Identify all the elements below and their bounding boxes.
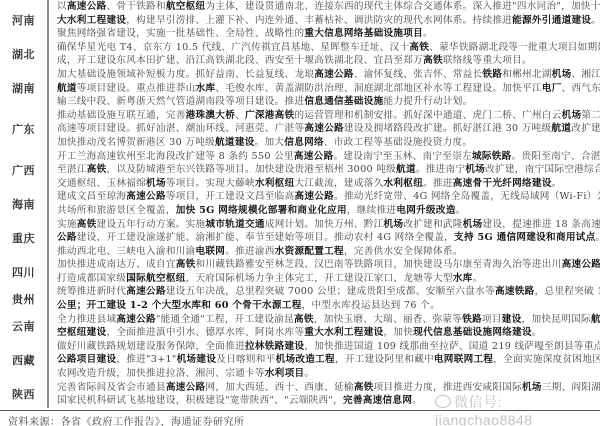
description-line: 成，开工建设东风本田扩建、沿江高铁湖北段、西安至十堰高铁湖北段、宜昌至郑万高铁联… — [57, 54, 600, 68]
text-segment: 。 — [473, 273, 483, 284]
text-segment: 、湘江 — [572, 69, 600, 80]
highlighted-text: 高铁 — [294, 314, 314, 325]
table-row: 湖北确保华星光电 T4、京东方 10.5 代线、广汽传祺宜昌基地、星晖整车迁址、… — [0, 41, 600, 68]
highlighted-text: 建设 — [502, 314, 522, 325]
highlighted-text: 高铁 — [87, 164, 107, 175]
description-line: 至湛江高铁，以及防城港至东兴铁路等项目。加快建设贵港至梧州 3000 吨级航道。… — [57, 163, 600, 177]
text-segment: 等项目建设。重点推进莽山 — [77, 83, 196, 94]
text-segment: 等项目。实现大藤峡 — [166, 178, 255, 189]
description-line: 聚焦网络强省建设，实施一批基础性、全局性、战略性的重大信息网络基础设施项目。 — [57, 27, 600, 41]
highlighted-text: 高速公路 — [562, 259, 600, 270]
text-segment: 、渝怀复线、张吉怀、常益长 — [354, 69, 483, 80]
text-segment: 实施 — [57, 219, 77, 230]
description-line: 农网改造升级，加快推进拉洛、湘河、宗通卡等水利项目。 — [57, 367, 600, 381]
text-segment: 全力推进县域 — [57, 314, 116, 325]
text-segment: 和郴州北湖 — [502, 69, 551, 80]
project-description: 推动基础设施互联互通，完善港珠澳大桥、广深港高铁的运营管理和机制安排。抓好深中通… — [49, 109, 600, 150]
text-segment: 打造成都国家级 — [57, 273, 126, 284]
highlighted-text: 高铁 — [409, 42, 429, 53]
highlighted-text: 高速公路 — [67, 1, 107, 12]
text-segment: 建设五年行动方案。实施 — [97, 219, 206, 230]
text-segment: 。 — [423, 28, 433, 39]
project-description: 开工兰海高速钦州至北海段改扩建等 8 条约 550 公里高速公路。建设南宁至玉林… — [49, 150, 600, 191]
highlighted-text: 水利枢纽 — [384, 178, 424, 189]
text-segment: 加快推动茂名博贺新港区 30 万吨级 — [57, 137, 215, 148]
province-label: 贵州 — [0, 285, 47, 312]
highlighted-text: 水资源配置工程 — [275, 246, 344, 257]
text-segment: 、骨干铁路和 — [106, 1, 165, 12]
text-segment: 。推动光纤宽带、4G 网络全岛覆盖，无线局域网（Wi-Fi）公 — [334, 191, 600, 202]
text-segment: 。贵阳至南宁、合湛 — [512, 151, 600, 162]
highlighted-text: 拉林铁路建设 — [245, 341, 304, 352]
project-description: 全力推进县域高速公路"能通全通"工程，开工建设渝昆高铁，加快玉磨、大瑞、丽香、弥… — [49, 313, 600, 340]
description-line: 输三线中段、新粤浙天然气管道湖南段等项目建设。推进信息通信基础设施能力提升行动计… — [57, 95, 600, 109]
text-segment: 成网计划。加快万州、黔江 — [265, 219, 384, 230]
description-line: 交通枢纽、玉林福绵机场等项目。实现大藤峡水利枢纽大江截流，建成落久水利枢纽。推进… — [57, 177, 600, 191]
province-label: 湖南 — [0, 68, 47, 109]
description-line: 航道等项目建设。重点推进莽山水库、毛俊水库、黄盖湖防洪治理、洞庭湖北部地区补水等… — [57, 82, 600, 96]
highlighted-text: 电厂 — [542, 83, 562, 94]
highlighted-text: 机场改造工程 — [276, 354, 335, 365]
highlighted-text: 公里；开工建设 1-2 个大型水库和 60 个骨干水源工程 — [57, 300, 302, 311]
text-segment: ，中型水库投运县达到 76 个。 — [302, 300, 440, 311]
text-segment: 等项目，开工建设文昌至临高 — [166, 191, 295, 202]
project-description: 确保华星光电 T4、京东方 10.5 代线、广汽传祺宜昌基地、星晖整车迁址、汉十… — [49, 41, 600, 68]
highlighted-text: 城际铁路 — [472, 151, 512, 162]
highlighted-text: 完善高速信息网 — [343, 395, 412, 406]
highlighted-text: 高速公路 — [294, 151, 334, 162]
text-segment: ，总里程突破 1650 — [535, 286, 600, 297]
text-segment: 建设五年决战，总里程突破 7000 公里；建成贵阳至成都、安顺至六盘水等 — [166, 286, 495, 297]
project-description: 以高速公路、骨干铁路和航空枢纽为主体，建设贯通南北、连接东西的现代主体综合交通体… — [49, 0, 600, 41]
text-segment: 农网改造升级，加快推进拉洛、湘河、宗通卡等 — [57, 368, 265, 379]
text-segment: 完善省际间及省会市通县 — [57, 382, 166, 393]
text-segment: 建设及拥堵路段改扩建。抓好湛江港 30 万吨级 — [344, 123, 552, 134]
text-segment: 、蒙华铁路湖北段等一批重大项目如期建 — [429, 42, 600, 53]
highlighted-text: 高速公路 — [126, 191, 166, 202]
highlighted-text: 电联网 — [196, 246, 226, 257]
highlighted-text: 水利枢纽 — [255, 178, 295, 189]
text-segment: 联络线等重大项目。 — [443, 55, 532, 66]
text-segment: 项目推进力度，推进西安咸阳国际 — [374, 382, 522, 393]
highlighted-text: 机场 — [552, 69, 572, 80]
highlighted-text: 铁路 — [482, 69, 502, 80]
province-label: 重庆 — [0, 218, 47, 259]
description-line: 共场所和旅游景区全覆盖，加快 5G 网络规模化部署和商业化应用，继续推进电网升级… — [57, 204, 600, 218]
text-segment: 建设，提速推进 18 条高速 — [483, 219, 600, 230]
project-description: 建成文昌至琼海高速公路等项目，开工建设文昌至临高高速公路。推动光纤宽带、4G 网… — [49, 190, 600, 217]
highlighted-text: 高速公路 — [126, 286, 166, 297]
text-segment: 及日喀则和平 — [216, 354, 275, 365]
highlighted-text: 高速公路 — [116, 314, 156, 325]
text-segment: 、毛俊水库、黄盖湖防洪治理、洞庭湖北部地区补水等工程建设。加快平江 — [215, 83, 542, 94]
text-segment: 。建设南宁至玉林、南宁至崇左 — [333, 151, 472, 162]
province-label: 湖北 — [0, 41, 47, 68]
table-row: 四川加快推进成南达万、成自宜高铁和川藏铁路雅安至林芝段、汉巴南等铁路项目，加快建… — [0, 258, 600, 285]
text-segment: 建设，开工建设渝遂扩能、渝湘扩能、奉节至建始等项目。推动农村 4G 网络全覆盖， — [77, 232, 454, 243]
text-segment: 网，加大西延、西十、西康、延榆 — [205, 382, 353, 393]
description-line: 以高速公路、骨干铁路和航空枢纽为主体，建设贯通南北、连接东西的现代主体综合交通体… — [57, 0, 600, 14]
text-segment: 。 — [412, 395, 422, 406]
description-line: 统筹推进新时代高速公路建设五年决战，总里程突破 7000 公里；建成贵阳至成都、… — [57, 285, 600, 299]
province-infrastructure-table: 河南以高速公路、骨干铁路和航空枢纽为主体，建设贯通南北、连接东西的现代主体综合交… — [0, 0, 600, 408]
text-segment: 推动西北电、三峡电入渝和川渝 — [57, 246, 196, 257]
highlighted-text: 高铁 — [77, 219, 97, 230]
highlighted-text: 高铁 — [423, 55, 443, 66]
highlighted-text: 大水利工程建设 — [57, 15, 126, 26]
province-label: 广西 — [0, 150, 47, 191]
text-segment: 第二 — [581, 110, 600, 121]
source-note: 资料来源：各省《政府工作报告》，海通证券研究所 — [8, 413, 245, 426]
text-segment: 确保华星光电 T4、京东方 10.5 代线、广汽传祺宜昌基地、星晖整车迁址、汉十 — [57, 42, 409, 53]
highlighted-text: 电网升级改造 — [396, 205, 455, 216]
highlighted-text: 支持 5G 通信网建设和商用试点 — [454, 232, 595, 243]
text-segment: 项目 — [482, 314, 502, 325]
highlighted-text: 水利项目 — [265, 368, 305, 379]
highlighted-text: 高速公路 — [304, 123, 344, 134]
text-segment: 国家民机科研试飞基地建设，积极建设"宽带陕西"、"云端陕西"， — [57, 395, 343, 406]
text-segment: 。 — [304, 368, 314, 379]
description-line: 公路建设，开工建设渝遂扩能、渝湘扩能、奉节至建始等项目。推动农村 4G 网络全覆… — [57, 231, 600, 245]
text-segment: 、市政工程等基础设施投资力度。 — [324, 137, 472, 148]
text-segment: 三期、阎阳湖 — [542, 382, 600, 393]
text-segment: ，完善供水安全保障体系。 — [344, 246, 463, 257]
text-segment: 改扩建和武隆 — [403, 219, 462, 230]
text-segment: ，加快玉磨、大瑞、丽香、弥蒙等 — [314, 314, 462, 325]
table-row: 湖南加大基础设施领域补短板力度。抓好益南、长益复线、龙琅高速公路、渝怀复线、张吉… — [0, 68, 600, 109]
text-segment: 统筹推进新时代 — [57, 286, 126, 297]
highlighted-text: 高铁 — [354, 382, 374, 393]
text-segment: 交通枢纽、玉林福绵 — [57, 178, 146, 189]
highlighted-text: 机场 — [146, 178, 166, 189]
description-line: 高速等项目建设。抓好汕湛、潮汕环线、河惠莞、广湛等高速公路建设及拥堵路段改扩建。… — [57, 122, 600, 136]
text-segment: 输三线中段、新粤浙天然气管道湖南段等项目建设。推进 — [57, 96, 304, 107]
text-segment: ，继续推进 — [347, 205, 396, 216]
text-segment: 。推进渝西 — [225, 246, 274, 257]
text-segment: 加快推进成南达万、成自宜 — [57, 259, 176, 270]
highlighted-text: 航道 — [396, 164, 416, 175]
wechat-icon — [435, 395, 451, 408]
description-line: 空枢纽建设，全面推进滇中引水、德厚水库、阿岗水库等重大水利工程建设，加快现代信息… — [57, 326, 600, 340]
description-line: 实施高铁建设五年行动方案。实施城市轨道交通成网计划。加快万州、黔江机场改扩建和武… — [57, 218, 600, 232]
highlighted-text: 加快 5G 网络规模化部署和商业化应用 — [176, 205, 347, 216]
highlighted-text: 高速铁路 — [495, 286, 535, 297]
highlighted-text: 能源外引通道建设 — [512, 15, 591, 26]
highlighted-text: 高速公路 — [314, 69, 354, 80]
description-line: 建成文昌至琼海高速公路等项目，开工建设文昌至临高高速公路。推动光纤宽带、4G 网… — [57, 190, 600, 204]
text-segment: 成，开工建设东风本田扩建、沿江高铁湖北段、西安至十堰高铁湖北段、宜昌至郑万 — [57, 55, 423, 66]
highlighted-text: 机场 — [522, 382, 542, 393]
watermark: 微信号: jiangchao8848 — [435, 392, 600, 426]
text-segment: ，构建旱引涝排、上灌下补、内连外通、丰蓄枯补、调洪防灾的现代水网体系。持续推进 — [126, 15, 512, 26]
highlighted-text: 现代信息基础设施网络建设 — [413, 327, 532, 338]
table-row: 海南建成文昌至琼海高速公路等项目，开工建设文昌至临高高速公路。推动光纤宽带、4G… — [0, 190, 600, 217]
text-segment: ，全面实施深度贫困地区 — [493, 354, 600, 365]
highlighted-text: 电网联网工程 — [434, 354, 493, 365]
description-line: 打造成都国家级国际航空枢纽，天府国际机场力争主体完工，开工建设江家口、龙塘等大型… — [57, 272, 600, 286]
text-segment: 能力提升行动计划。 — [384, 96, 473, 107]
highlighted-text: 高速公路 — [166, 382, 206, 393]
text-segment: 。推进南宁 — [416, 164, 465, 175]
text-segment: ，开工建设阿里和藏中 — [335, 354, 434, 365]
text-segment: 聚焦网络强省建设，实施一批基础性、全局性、战略性的 — [57, 28, 304, 39]
highlighted-text: 航道 — [57, 83, 77, 94]
text-segment: ，以及防城港至东兴铁路等项目。加快建设贵港至梧州 3000 吨级 — [106, 164, 396, 175]
highlighted-text: 机场 — [465, 164, 485, 175]
province-label: 海南 — [0, 190, 47, 217]
text-segment: 大江截流，建成落久 — [294, 178, 383, 189]
text-segment: 推动基础设施互联互通，完善 — [57, 110, 186, 121]
text-segment: 。 — [596, 232, 600, 243]
highlighted-text: 航 — [591, 314, 600, 325]
project-description: 统筹推进新时代高速公路建设五年决战，总里程突破 7000 公里；建成贵阳至成都、… — [49, 285, 600, 312]
description-line: 公里；开工建设 1-2 个大型水库和 60 个骨干水源工程，中型水库投运县达到 … — [57, 299, 600, 313]
description-line: 加快推动茂名博贺新港区 30 万吨级航道建设。加大信息网络、市政工程等基础设施投… — [57, 136, 600, 150]
text-segment: ，加快推进国道 109 线那曲至拉萨、国道 219 线萨嘎至朗县等重点 — [304, 341, 600, 352]
province-label: 西藏 — [0, 340, 47, 381]
text-segment: 、 — [235, 110, 245, 121]
description-line: 加大基础设施领域补短板力度。抓好益南、长益复线、龙琅高速公路、渝怀复线、张吉怀、… — [57, 68, 600, 82]
table-row: 云南全力推进县域高速公路"能通全通"工程，开工建设渝昆高铁，加快玉磨、大瑞、丽香… — [0, 313, 600, 340]
text-segment: 至湛江 — [57, 164, 87, 175]
highlighted-text: 港珠澳大桥 — [186, 110, 235, 121]
province-label: 云南 — [0, 313, 47, 340]
description-line: 推动西北电、三峡电入渝和川渝电联网。推进渝西水资源配置工程，完善供水安全保障体系… — [57, 245, 600, 259]
text-segment: 的运营管理和机制安排。抓好深中通道、虎门二桥、广州白云 — [294, 110, 561, 121]
highlighted-text: 铁路 — [462, 314, 482, 325]
highlighted-text: 航道建设 — [215, 137, 255, 148]
text-segment: 、西气东 — [562, 83, 600, 94]
highlighted-text: 广深港高铁 — [245, 110, 294, 121]
text-segment: 。 — [532, 327, 542, 338]
highlighted-text: 高速公路 — [294, 191, 334, 202]
text-segment: 和川藏铁路雅安至林芝段、汉巴南等铁路项目，加快建设马尔康至青海久治等进出川 — [196, 259, 562, 270]
text-segment: ，天府国际机场力争主体完工，开工建设江家口、龙塘等大型 — [186, 273, 453, 284]
description-line: 推动基础设施互联互通，完善港珠澳大桥、广深港高铁的运营管理和机制安排。抓好深中通… — [57, 109, 600, 123]
text-segment: 开工兰海高速钦州至北海段改扩建等 8 条约 550 公里 — [57, 151, 294, 162]
table-row: 西藏做好川藏铁路规划建设服务保障，全面推进拉林铁路建设，加快推进国道 109 线… — [0, 340, 600, 381]
description-line: 大水利工程建设，构建旱引涝排、上灌下补、内连外通、丰蓄枯补、调洪防灾的现代水网体… — [57, 14, 600, 28]
description-line: 全力推进县域高速公路"能通全通"工程，开工建设渝昆高铁，加快玉磨、大瑞、丽香、弥… — [57, 313, 600, 327]
table-row: 广西开工兰海高速钦州至北海段改扩建等 8 条约 550 公里高速公路。建设南宁至… — [0, 150, 600, 191]
highlighted-text: 信息通信基础设施 — [304, 96, 383, 107]
text-segment: 改扩建， — [571, 123, 600, 134]
text-segment: 共场所和旅游景区全覆盖， — [57, 205, 176, 216]
description-line: 公路项目建设，推进"3+1"机场建设及日喀则和平机场改造工程，开工建设阿里和藏中… — [57, 353, 600, 367]
province-label: 陕西 — [0, 381, 47, 408]
highlighted-text: 重大水利工程建设 — [304, 327, 383, 338]
highlighted-text: 机场 — [562, 110, 582, 121]
highlighted-text: 高速骨干光纤网络建设 — [453, 178, 552, 189]
highlighted-text: 城市轨道交通 — [205, 219, 264, 230]
project-description: 做好川藏铁路规划建设服务保障，全面推进拉林铁路建设，加快推进国道 109 线那曲… — [49, 340, 600, 381]
highlighted-text: 公路项目建设 — [57, 354, 116, 365]
highlighted-text: 航空枢纽 — [166, 1, 206, 12]
highlighted-text: 高铁 — [176, 259, 196, 270]
text-segment: 。 — [552, 178, 562, 189]
text-segment: ，加快 — [384, 327, 414, 338]
province-label: 四川 — [0, 258, 47, 285]
province-label: 广东 — [0, 109, 47, 150]
highlighted-text: 空枢纽建设 — [57, 327, 106, 338]
highlighted-text: 信息网络 — [284, 137, 324, 148]
table-row: 贵州统筹推进新时代高速公路建设五年决战，总里程突破 7000 公里；建成贵阳至成… — [0, 285, 600, 312]
province-label: 河南 — [0, 0, 47, 41]
text-segment: ，加快昆明国际 — [522, 314, 591, 325]
text-segment: ，推进"3+1" — [116, 354, 176, 365]
highlighted-text: 水库 — [196, 83, 216, 94]
highlighted-text: 水库 — [453, 273, 473, 284]
description-line: 做好川藏铁路规划建设服务保障，全面推进拉林铁路建设，加快推进国道 109 线那曲… — [57, 340, 600, 354]
highlighted-text: 公路 — [57, 232, 77, 243]
highlighted-text: 机场 — [463, 219, 483, 230]
text-segment: 。 — [591, 15, 600, 26]
text-segment: 。加大 — [255, 137, 285, 148]
project-description: 加快推进成南达万、成自宜高铁和川藏铁路雅安至林芝段、汉巴南等铁路项目，加快建设马… — [49, 258, 600, 285]
project-description: 加大基础设施领域补短板力度。抓好益南、长益复线、龙琅高速公路、渝怀复线、张吉怀、… — [49, 68, 600, 109]
table-row: 河南以高速公路、骨干铁路和航空枢纽为主体，建设贯通南北、连接东西的现代主体综合交… — [0, 0, 600, 41]
description-line: 加快推进成南达万、成自宜高铁和川藏铁路雅安至林芝段、汉巴南等铁路项目，加快建设马… — [57, 258, 600, 272]
highlighted-text: 机场建设 — [177, 354, 217, 365]
text-segment: 高速等项目建设。抓好汕湛、潮汕环线、河惠莞、广湛等 — [57, 123, 304, 134]
description-line: 确保华星光电 T4、京东方 10.5 代线、广汽传祺宜昌基地、星晖整车迁址、汉十… — [57, 41, 600, 55]
text-segment: 做好川藏铁路规划建设服务保障，全面推进 — [57, 341, 245, 352]
text-segment: "能通全通"工程，开工建设渝昆 — [156, 314, 294, 325]
highlighted-text: 国际航空枢纽 — [126, 273, 185, 284]
text-segment: 改扩建，南宁国际空港综合 — [485, 164, 600, 175]
text-segment: 建成文昌至琼海 — [57, 191, 126, 202]
text-segment: 。推进 — [423, 178, 453, 189]
text-segment: 。 — [456, 205, 466, 216]
text-segment: ，全面推进滇中引水、德厚水库、阿岗水库等 — [106, 327, 304, 338]
highlighted-text: 重大信息网络基础设施项目 — [304, 28, 423, 39]
table-row: 重庆实施高铁建设五年行动方案。实施城市轨道交通成网计划。加快万州、黔江机场改扩建… — [0, 218, 600, 259]
highlighted-text: 航道 — [551, 123, 571, 134]
table-row: 广东推动基础设施互联互通，完善港珠澳大桥、广深港高铁的运营管理和机制安排。抓好深… — [0, 109, 600, 150]
text-segment: 加大基础设施领域补短板力度。抓好益南、长益复线、龙琅 — [57, 69, 314, 80]
description-line: 开工兰海高速钦州至北海段改扩建等 8 条约 550 公里高速公路。建设南宁至玉林… — [57, 150, 600, 164]
text-segment: 为主体，建设贯通南北、连接东西的现代主体综合交通体系。深入推进"四水同治"，加快… — [205, 1, 600, 12]
highlighted-text: 机场 — [384, 219, 404, 230]
text-segment: 以 — [57, 1, 67, 12]
project-description: 实施高铁建设五年行动方案。实施城市轨道交通成网计划。加快万州、黔江机场改扩建和武… — [49, 218, 600, 259]
